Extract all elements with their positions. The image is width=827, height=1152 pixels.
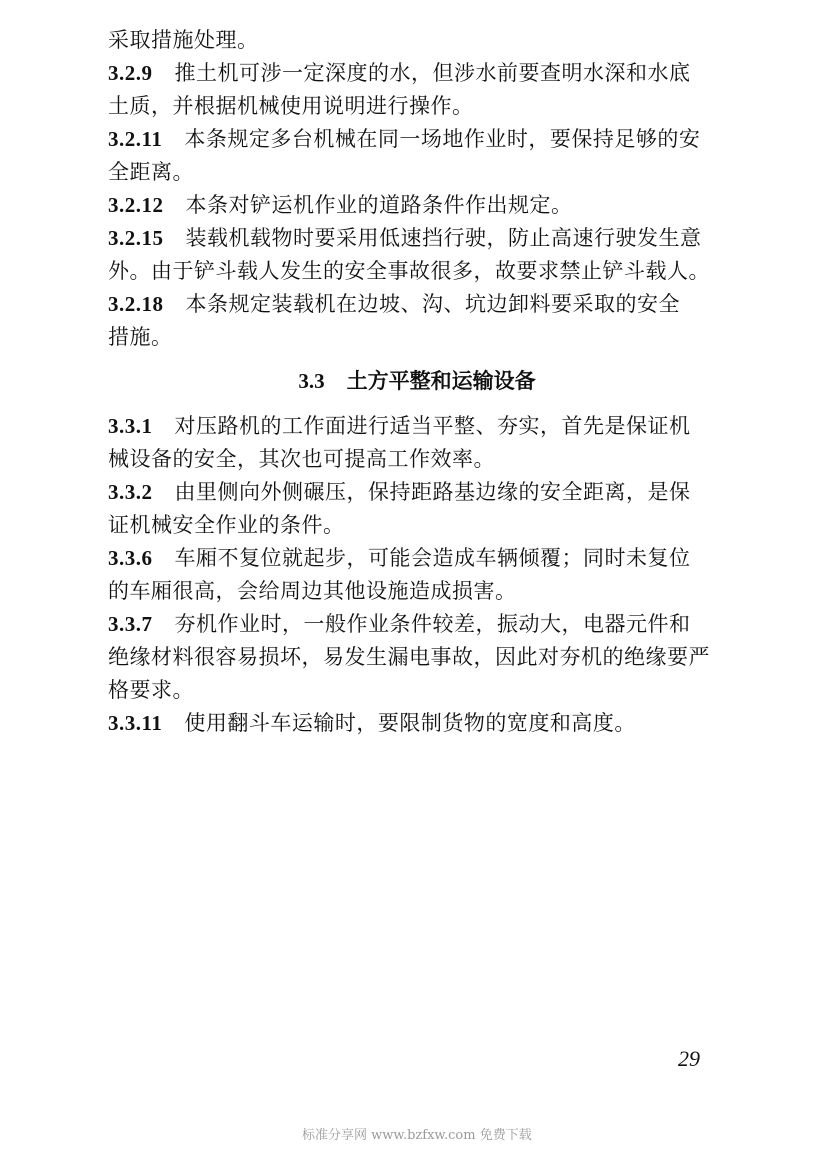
document-page: 采取措施处理。 3.2.9推土机可涉一定深度的水，但涉水前要查明水深和水底 土质… bbox=[108, 24, 726, 740]
clause-number: 3.3.11 bbox=[108, 707, 162, 740]
clause-3-3-1: 3.3.1对压路机的工作面进行适当平整、夯实，首先是保证机 bbox=[108, 410, 726, 443]
clause-3-3-11: 3.3.11使用翻斗车运输时，要限制货物的宽度和高度。 bbox=[108, 707, 726, 740]
clause-number: 3.2.12 bbox=[108, 189, 164, 222]
text-line: 的车厢很高，会给周边其他设施造成损害。 bbox=[108, 575, 726, 608]
clause-number: 3.2.11 bbox=[108, 123, 162, 156]
section-number: 3.3 bbox=[298, 369, 324, 393]
text-line: 械设备的安全，其次也可提高工作效率。 bbox=[108, 443, 726, 476]
section-heading: 3.3土方平整和运输设备 bbox=[108, 364, 726, 398]
clause-3-2-11: 3.2.11本条规定多台机械在同一场地作业时，要保持足够的安 bbox=[108, 123, 726, 156]
clause-number: 3.3.6 bbox=[108, 542, 153, 575]
clause-3-3-6: 3.3.6车厢不复位就起步，可能会造成车辆倾覆；同时未复位 bbox=[108, 542, 726, 575]
footer-watermark: 标准分享网 www.bzfxw.com 免费下载 bbox=[302, 1124, 532, 1143]
clause-number: 3.3.7 bbox=[108, 608, 153, 641]
text-line: 证机械安全作业的条件。 bbox=[108, 509, 726, 542]
clause-number: 3.2.15 bbox=[108, 222, 164, 255]
text-line: 格要求。 bbox=[108, 674, 726, 707]
section-title: 土方平整和运输设备 bbox=[347, 368, 536, 393]
text-line: 外。由于铲斗载人发生的安全事故很多，故要求禁止铲斗载人。 bbox=[108, 255, 726, 288]
page-number: 29 bbox=[678, 1046, 700, 1072]
clause-3-2-9: 3.2.9推土机可涉一定深度的水，但涉水前要查明水深和水底 bbox=[108, 57, 726, 90]
text-line: 采取措施处理。 bbox=[108, 24, 726, 57]
clause-3-2-15: 3.2.15装载机载物时要采用低速挡行驶，防止高速行驶发生意 bbox=[108, 222, 726, 255]
clause-number: 3.2.18 bbox=[108, 288, 164, 321]
text-line: 土质，并根据机械使用说明进行操作。 bbox=[108, 90, 726, 123]
clause-number: 3.2.9 bbox=[108, 57, 153, 90]
clause-number: 3.3.2 bbox=[108, 476, 153, 509]
text-line: 全距离。 bbox=[108, 156, 726, 189]
clause-3-3-2: 3.3.2由里侧向外侧碾压，保持距路基边缘的安全距离，是保 bbox=[108, 476, 726, 509]
clause-number: 3.3.1 bbox=[108, 410, 153, 443]
clause-3-3-7: 3.3.7夯机作业时，一般作业条件较差，振动大，电器元件和 bbox=[108, 608, 726, 641]
clause-3-2-12: 3.2.12本条对铲运机作业的道路条件作出规定。 bbox=[108, 189, 726, 222]
text-line: 措施。 bbox=[108, 321, 726, 354]
text-line: 绝缘材料很容易损坏，易发生漏电事故，因此对夯机的绝缘要严 bbox=[108, 641, 726, 674]
clause-3-2-18: 3.2.18本条规定装载机在边坡、沟、坑边卸料要采取的安全 bbox=[108, 288, 726, 321]
